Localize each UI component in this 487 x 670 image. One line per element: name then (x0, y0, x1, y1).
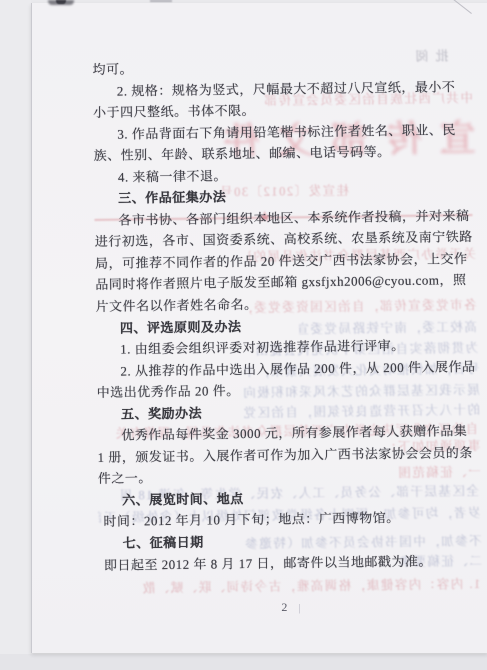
scan-smudge-artifact-dark (56, 0, 66, 4)
page-number: 2| (247, 600, 337, 615)
bleed-line: 1. 内容：内容健康，格调高雅，古今诗词、联、赋、散 (72, 576, 480, 598)
document-text: 均可。2. 规格：规格为竖式，尺幅最大不超过八尺宣纸，最小不小于四尺整纸。书体不… (0, 54, 487, 577)
tilt-layer: 中共广西壮族自治区委员会宣传部宣传部文件桂宣发〔2012〕30号★关于举办广西基… (0, 0, 487, 670)
scanned-page: 中共广西壮族自治区委员会宣传部宣传部文件桂宣发〔2012〕30号★关于举办广西基… (31, 3, 487, 653)
scan-smudge-artifact-small (150, 0, 172, 2)
page-number-mark: | (289, 602, 302, 614)
scan-background: { "document": { "page_number": "2", "pag… (0, 0, 487, 670)
